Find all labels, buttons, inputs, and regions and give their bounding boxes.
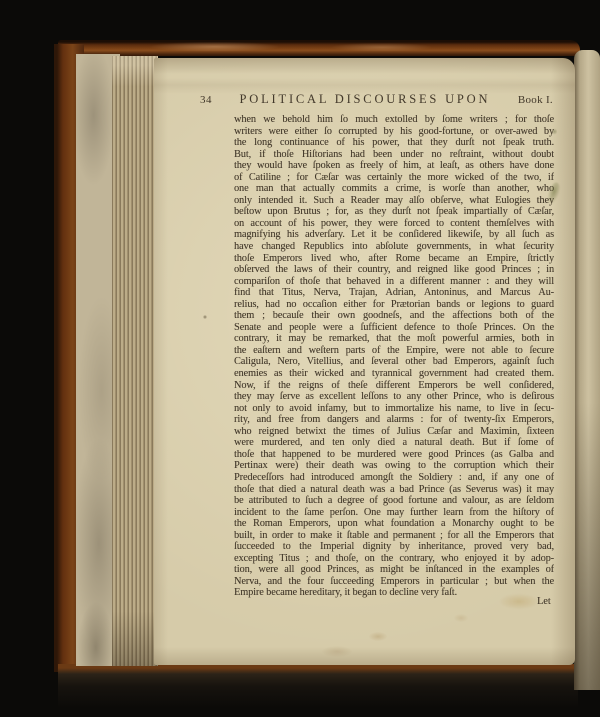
foxing-spot: [454, 614, 468, 622]
text-line: contrary, it may be remarked, that the m…: [234, 333, 554, 345]
text-line: beſtow upon Brutus ; for, as they durſt …: [234, 206, 554, 218]
page-number: 34: [200, 94, 212, 106]
text-line: be attributed to ſuch a degree of good f…: [234, 495, 554, 507]
text-line: Caligula, Nero, Vitellius, and ſeveral o…: [234, 356, 554, 368]
text-line: who reigned betwixt the times of Julius …: [234, 426, 554, 438]
text-line: rity, and free from dangers and alarms :…: [234, 414, 554, 426]
book-label: Book I.: [518, 94, 553, 106]
text-line: they would have ſpoken as freely of him,…: [234, 160, 554, 172]
text-line: Empire became hereditary, it began to de…: [234, 587, 554, 599]
text-line: Nerva, and the four ſucceeding Emperors …: [234, 576, 554, 588]
text-line: compariſon of thoſe that behaved in a di…: [234, 276, 554, 288]
page-header: 34 POLITICAL DISCOURSES UPON Book I.: [200, 92, 553, 108]
text-line: Pertinax were) their death was owing to …: [234, 460, 554, 472]
catchword: Let: [537, 596, 551, 607]
text-line: But, if thoſe Hiſtorians had been under …: [234, 149, 554, 161]
text-line: one man that actually commits a crime, i…: [234, 183, 554, 195]
text-line: thoſe that happened to be murdered were …: [234, 449, 554, 461]
text-line: on account of his power, they were force…: [234, 218, 554, 230]
book-cover-bottom-shadow: [58, 664, 578, 708]
text-line: when we behold him ſo much extolled by ſ…: [234, 114, 554, 126]
text-line: of Catiline ; for Cæſar was certainly th…: [234, 172, 554, 184]
text-line: not only to avoid infamy, but to immorta…: [234, 403, 554, 415]
text-line: ſucceeded to the Imperial dignity by inh…: [234, 541, 554, 553]
text-line: they may ſerve as excellent leſſons to a…: [234, 391, 554, 403]
right-page-edges: [574, 50, 600, 690]
text-line: tion, were all good Princes, as might be…: [234, 564, 554, 576]
text-line: writers were either ſo corrupted by his …: [234, 126, 554, 138]
book-cover-top-edge: [58, 40, 580, 56]
text-line: incident to the ſame perſon. One may fur…: [234, 507, 554, 519]
book-page: 34 POLITICAL DISCOURSES UPON Book I. whe…: [154, 58, 575, 665]
text-line: magnifying his adverſary. Let it be conſ…: [234, 229, 554, 241]
text-line: Senate and people were a ſufficient defe…: [234, 322, 554, 334]
text-line: them ; becauſe their own goodneſs, and t…: [234, 310, 554, 322]
text-line: thoſe Emperors lived who, after Rome bec…: [234, 253, 554, 265]
foxing-spot: [369, 632, 387, 641]
ink-speck: [203, 315, 207, 319]
foxing-spot: [322, 646, 352, 657]
running-title: POLITICAL DISCOURSES UPON: [240, 92, 491, 107]
text-line: enemies as their wicked and tyrannical g…: [234, 368, 554, 380]
text-line: relius, had no occaſion either for Præto…: [234, 299, 554, 311]
left-page-edges: [112, 56, 158, 666]
text-line: the eaſtern and weſtern parts of the Emp…: [234, 345, 554, 357]
text-line: only intended it. Such a Reader may alſo…: [234, 195, 554, 207]
text-line: thoſe that died a natural death was a ba…: [234, 484, 554, 496]
text-line: the Roman Emperors, upon what foundation…: [234, 518, 554, 530]
text-line: built, in order to make it ſtable and pe…: [234, 530, 554, 542]
text-line: Predeceſſors had introduced amongſt the …: [234, 472, 554, 484]
text-block: when we behold him ſo much extolled by ſ…: [234, 114, 554, 602]
text-line: the long continuance of his power, that …: [234, 137, 554, 149]
text-line: excepting Titus ; and thoſe, on the cont…: [234, 553, 554, 565]
text-line: were murdered, and ten only died a natur…: [234, 437, 554, 449]
text-line: find that Titus, Nerva, Trajan, Adrian, …: [234, 287, 554, 299]
text-line: obſerved the laws of their country, and …: [234, 264, 554, 276]
text-line: Now, if the reigns of theſe different Em…: [234, 380, 554, 392]
text-line: have changed Republics into abſolute gov…: [234, 241, 554, 253]
photo-backdrop: 34 POLITICAL DISCOURSES UPON Book I. whe…: [0, 0, 600, 717]
